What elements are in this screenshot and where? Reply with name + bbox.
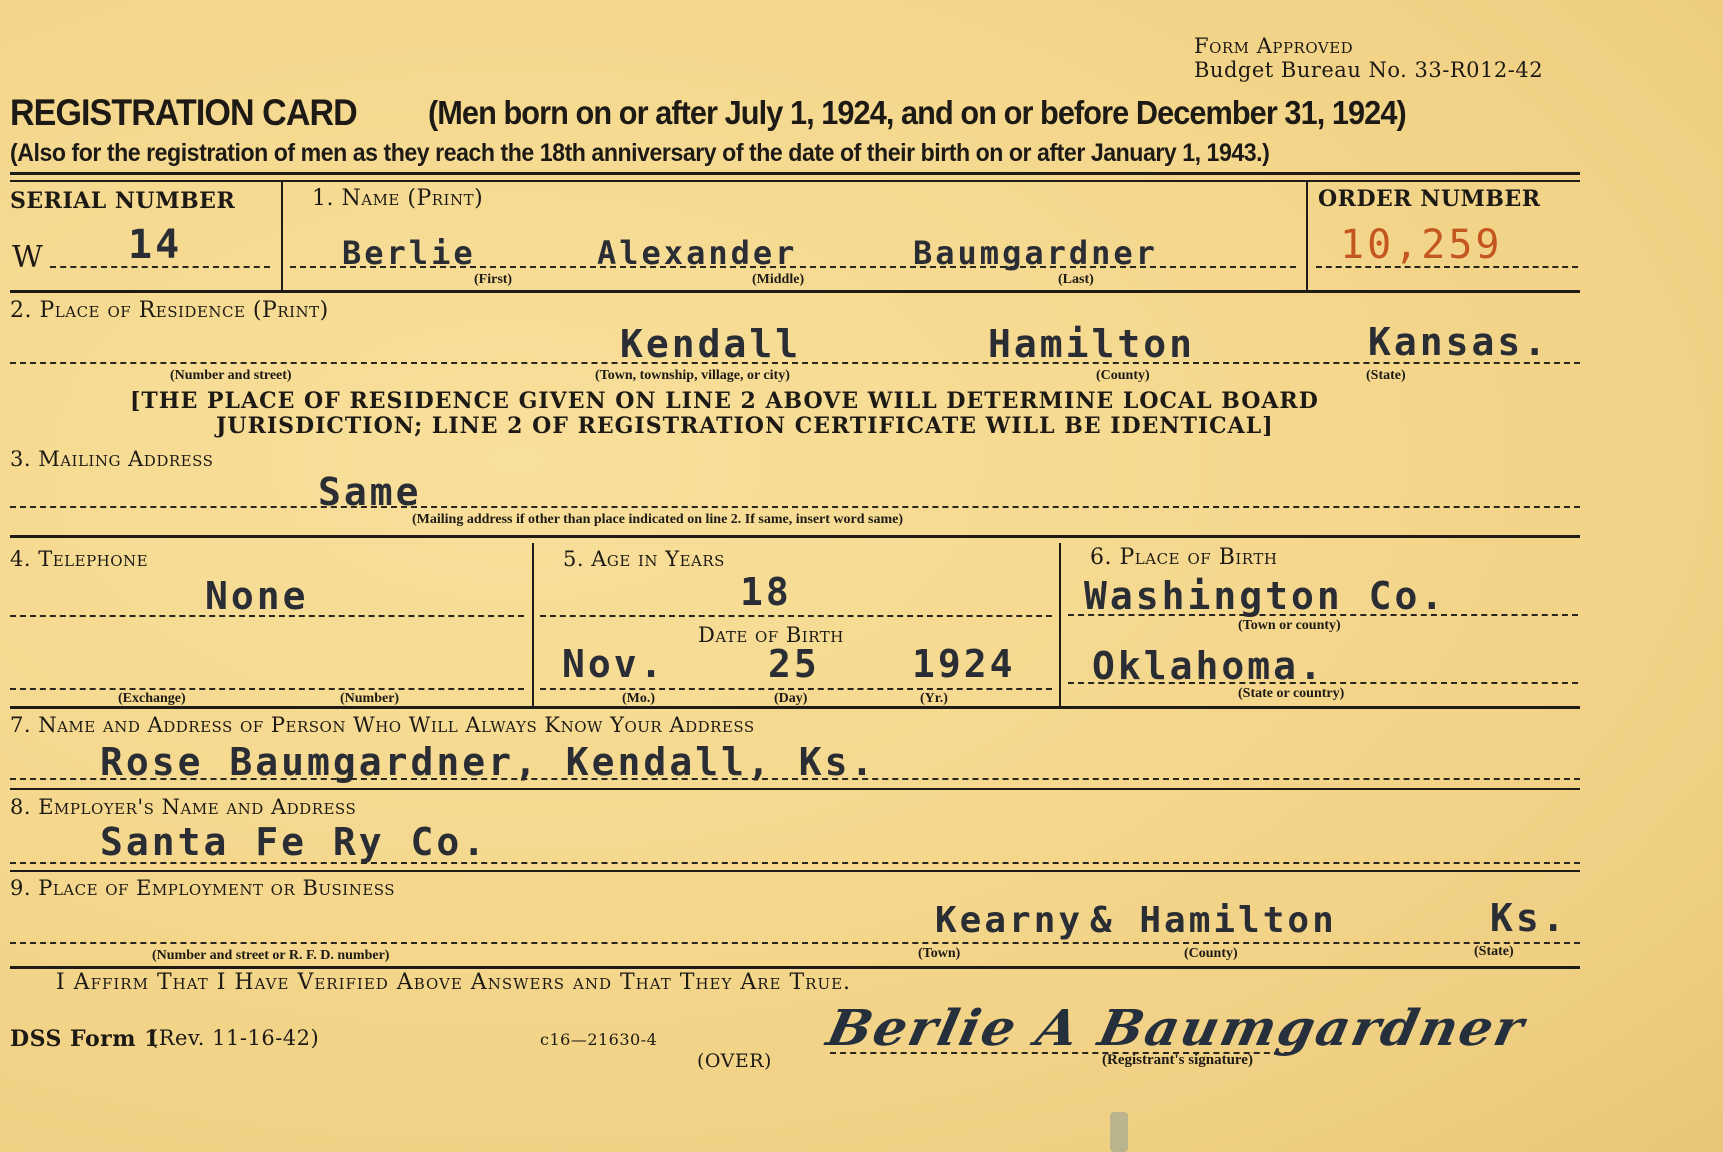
employment-place-label: 9. Place of Employment or Business — [10, 876, 395, 900]
print-code: c16—21630-4 — [540, 1030, 657, 1049]
age-label: 5. Age in Years — [563, 547, 725, 571]
form-approved-label: Form Approved — [1194, 34, 1353, 58]
top-rule — [10, 172, 1580, 175]
row9-bottom-rule — [10, 966, 1580, 969]
order-number-value: 10,259 — [1340, 222, 1503, 268]
caption-county: (County) — [1096, 368, 1150, 384]
divider-serial-name — [281, 182, 283, 292]
row1-bottom-rule — [10, 290, 1580, 293]
registrant-signature: Berlie A Baumgardner — [822, 1000, 1530, 1058]
subtitle-text: (Also for the registration of men as the… — [10, 139, 1269, 168]
name-last: Baumgardner — [913, 234, 1158, 272]
dss-form-id: DSS Form 1 — [10, 1026, 160, 1052]
residence-label: 2. Place of Residence (Print) — [10, 298, 329, 323]
employment-county: & Hamilton — [1090, 900, 1337, 941]
employer-label: 8. Employer's Name and Address — [10, 795, 356, 819]
age-value: 18 — [740, 570, 792, 614]
contact-label: 7. Name and Address of Person Who Will A… — [10, 713, 755, 737]
eligibility-text: (Men born on or after July 1, 1924, and … — [428, 94, 1406, 132]
residence-notice-line1: [THE PLACE OF RESIDENCE GIVEN ON LINE 2 … — [130, 388, 1319, 414]
row7-bottom-rule — [10, 788, 1580, 790]
employer-line — [10, 862, 1580, 864]
telephone-line-1 — [10, 615, 524, 617]
age-line — [540, 615, 1052, 617]
birthplace-label: 6. Place of Birth — [1090, 545, 1277, 570]
caption-employment-street: (Number and street or R. F. D. number) — [152, 948, 389, 964]
serial-number-label: SERIAL NUMBER — [10, 188, 235, 214]
caption-first: (First) — [474, 272, 512, 288]
top-rule-inner — [10, 180, 1580, 182]
dob-line — [540, 688, 1052, 690]
over-note: (OVER) — [697, 1050, 772, 1072]
birthplace-town: Washington Co. — [1084, 574, 1446, 618]
caption-town: (Town, township, village, or city) — [595, 368, 790, 384]
dob-day: 25 — [768, 642, 820, 686]
mailing-line — [10, 506, 1580, 508]
serial-value: 14 — [128, 222, 182, 268]
dob-month: Nov. — [562, 642, 666, 686]
telephone-line-2 — [10, 688, 524, 690]
caption-employment-town: (Town) — [918, 946, 960, 962]
divider-name-order — [1306, 182, 1308, 292]
caption-state-country: (State or country) — [1238, 686, 1344, 702]
caption-employment-state: (State) — [1474, 944, 1514, 960]
divider-age-birthplace — [1059, 543, 1061, 708]
residence-notice-line2: JURISDICTION; LINE 2 OF REGISTRATION CER… — [216, 413, 1274, 439]
employment-town: Kearny — [935, 900, 1083, 941]
caption-employment-county: (County) — [1184, 946, 1238, 962]
order-number-label: ORDER NUMBER — [1318, 186, 1541, 212]
mailing-label: 3. Mailing Address — [10, 447, 213, 471]
caption-street: (Number and street) — [170, 368, 292, 384]
birthplace-line-2 — [1068, 682, 1578, 684]
caption-month: (Mo.) — [622, 691, 655, 707]
ink-smudge — [1110, 1112, 1128, 1152]
name-middle: Alexander — [597, 234, 797, 272]
signature-caption: (Registrant's signature) — [1102, 1052, 1253, 1069]
residence-county: Hamilton — [988, 322, 1195, 366]
name-first: Berlie — [342, 234, 476, 272]
caption-number: (Number) — [340, 691, 399, 707]
caption-exchange: (Exchange) — [118, 691, 186, 707]
employment-line — [10, 942, 1580, 944]
divider-phone-age — [532, 543, 534, 708]
caption-middle: (Middle) — [752, 272, 804, 288]
mailing-caption: (Mailing address if other than place ind… — [412, 512, 903, 528]
caption-day: (Day) — [774, 691, 807, 707]
caption-year: (Yr.) — [920, 691, 948, 707]
affirmation-text: I Affirm That I Have Verified Above Answ… — [56, 970, 851, 995]
dob-year: 1924 — [912, 642, 1016, 686]
employer-value: Santa Fe Ry Co. — [100, 820, 488, 864]
row4-bottom-rule — [10, 706, 1580, 709]
caption-last: (Last) — [1058, 272, 1094, 288]
row3-bottom-rule — [10, 535, 1580, 538]
card-title: REGISTRATION CARD — [10, 92, 357, 134]
row8-bottom-rule — [10, 870, 1580, 872]
telephone-label: 4. Telephone — [10, 547, 148, 571]
caption-state: (State) — [1366, 368, 1406, 384]
employment-state: Ks. — [1490, 896, 1568, 940]
mailing-value: Same — [318, 470, 422, 514]
name-label: 1. Name (Print) — [312, 186, 483, 211]
serial-prefix: W — [12, 240, 43, 275]
contact-line — [10, 778, 1580, 780]
residence-town: Kendall — [620, 322, 801, 366]
telephone-value: None — [205, 574, 309, 618]
caption-town-county: (Town or county) — [1238, 618, 1341, 634]
form-revision: (Rev. 11-16-42) — [150, 1026, 319, 1050]
residence-state: Kansas. — [1368, 320, 1549, 364]
budget-bureau-number: Budget Bureau No. 33-R012-42 — [1194, 58, 1543, 82]
birthplace-line-1 — [1068, 614, 1578, 616]
